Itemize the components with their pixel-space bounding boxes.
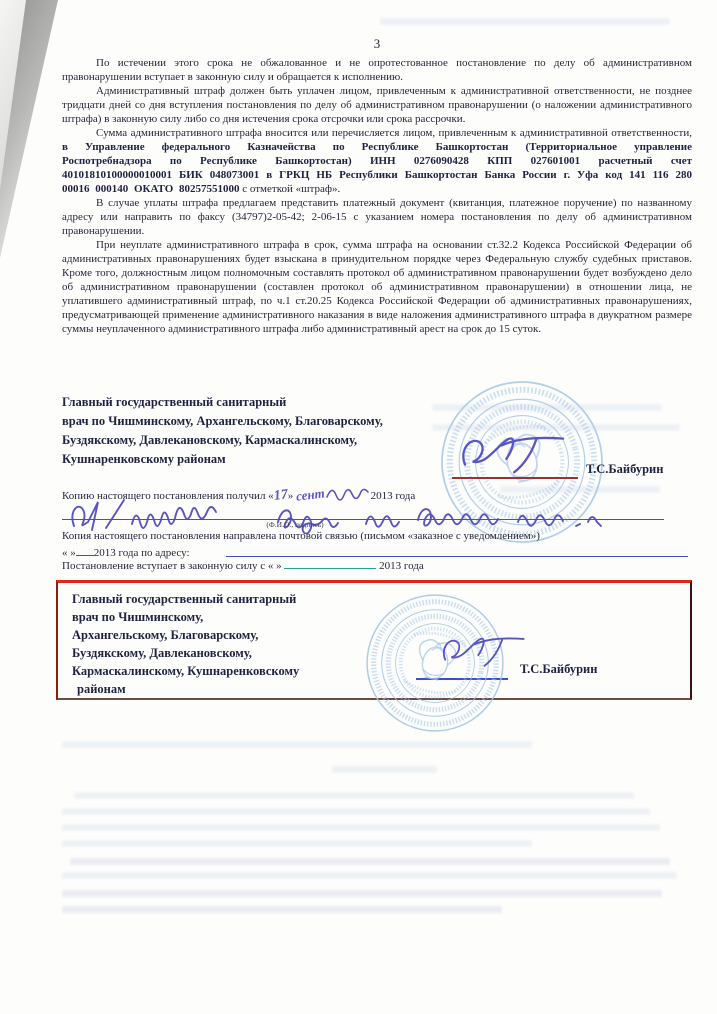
- blank-field: [284, 557, 376, 569]
- body-text: По истечении этого срока не обжалованное…: [62, 56, 692, 336]
- bank-details-bold: в Управление федерального Казначейства п…: [62, 141, 692, 195]
- name-signature-underline: [62, 519, 664, 520]
- paragraph: По истечении этого срока не обжалованное…: [62, 56, 692, 84]
- bleedthrough-line: [380, 18, 670, 25]
- stamp-box-title-line: Архангельскому, Благоварскому,: [72, 626, 412, 644]
- official-title-line: Кушнаренковскому районам: [62, 450, 492, 469]
- paragraph-lead: Сумма административного штрафа вносится …: [96, 127, 692, 139]
- official-title-line: Буздякскому, Давлекановскому, Кармаскали…: [62, 431, 492, 450]
- bleedthrough-line: [70, 858, 670, 865]
- sent-line: Копия настоящего постановления направлен…: [62, 530, 540, 542]
- stamp-box-title-line: врач по Чишминскому,: [72, 608, 412, 626]
- paragraph: Административный штраф должен быть уплач…: [62, 84, 692, 126]
- signature-underline: [452, 477, 578, 479]
- fio-caption: (Ф.И.О., подпись): [230, 520, 360, 529]
- effective-date-line: Постановление вступает в законную силу с…: [62, 557, 424, 572]
- bleedthrough-line: [62, 824, 660, 831]
- bleedthrough-line: [62, 872, 677, 879]
- paragraph-bank-details: Сумма административного штрафа вносится …: [62, 126, 692, 196]
- effective-prefix: Постановление вступает в законную силу с…: [62, 560, 282, 572]
- bleedthrough-line: [62, 906, 502, 913]
- paragraph-tail: с отметкой «штраф».: [240, 183, 341, 195]
- page-number: 3: [62, 36, 692, 52]
- stamp-box-title-line: Главный государственный санитарный: [72, 590, 412, 608]
- handwritten-signature: [452, 430, 580, 480]
- bleedthrough-line: [74, 792, 634, 799]
- blank-field: [76, 544, 94, 556]
- paragraph: В случае уплаты штрафа предлагаем предст…: [62, 196, 692, 238]
- effective-year: 2013 года: [379, 560, 424, 572]
- handwritten-signature: [436, 630, 536, 674]
- official-title-block: Главный государственный санитарный врач …: [62, 393, 492, 469]
- official-title-line: Главный государственный санитарный: [62, 393, 492, 412]
- bleedthrough-line: [332, 766, 437, 773]
- bleedthrough-line: [62, 808, 650, 815]
- official-name: Т.С.Байбурин: [586, 462, 663, 477]
- scanned-document-page: 3 По истечении этого срока не обжалованн…: [0, 0, 717, 1014]
- bleedthrough-line: [62, 840, 532, 847]
- bleedthrough-line: [62, 890, 662, 897]
- official-title-line: врач по Чишминскому, Архангельскому, Бла…: [62, 412, 492, 431]
- paragraph: При неуплате административного штрафа в …: [62, 238, 692, 336]
- bleedthrough-line: [62, 741, 532, 748]
